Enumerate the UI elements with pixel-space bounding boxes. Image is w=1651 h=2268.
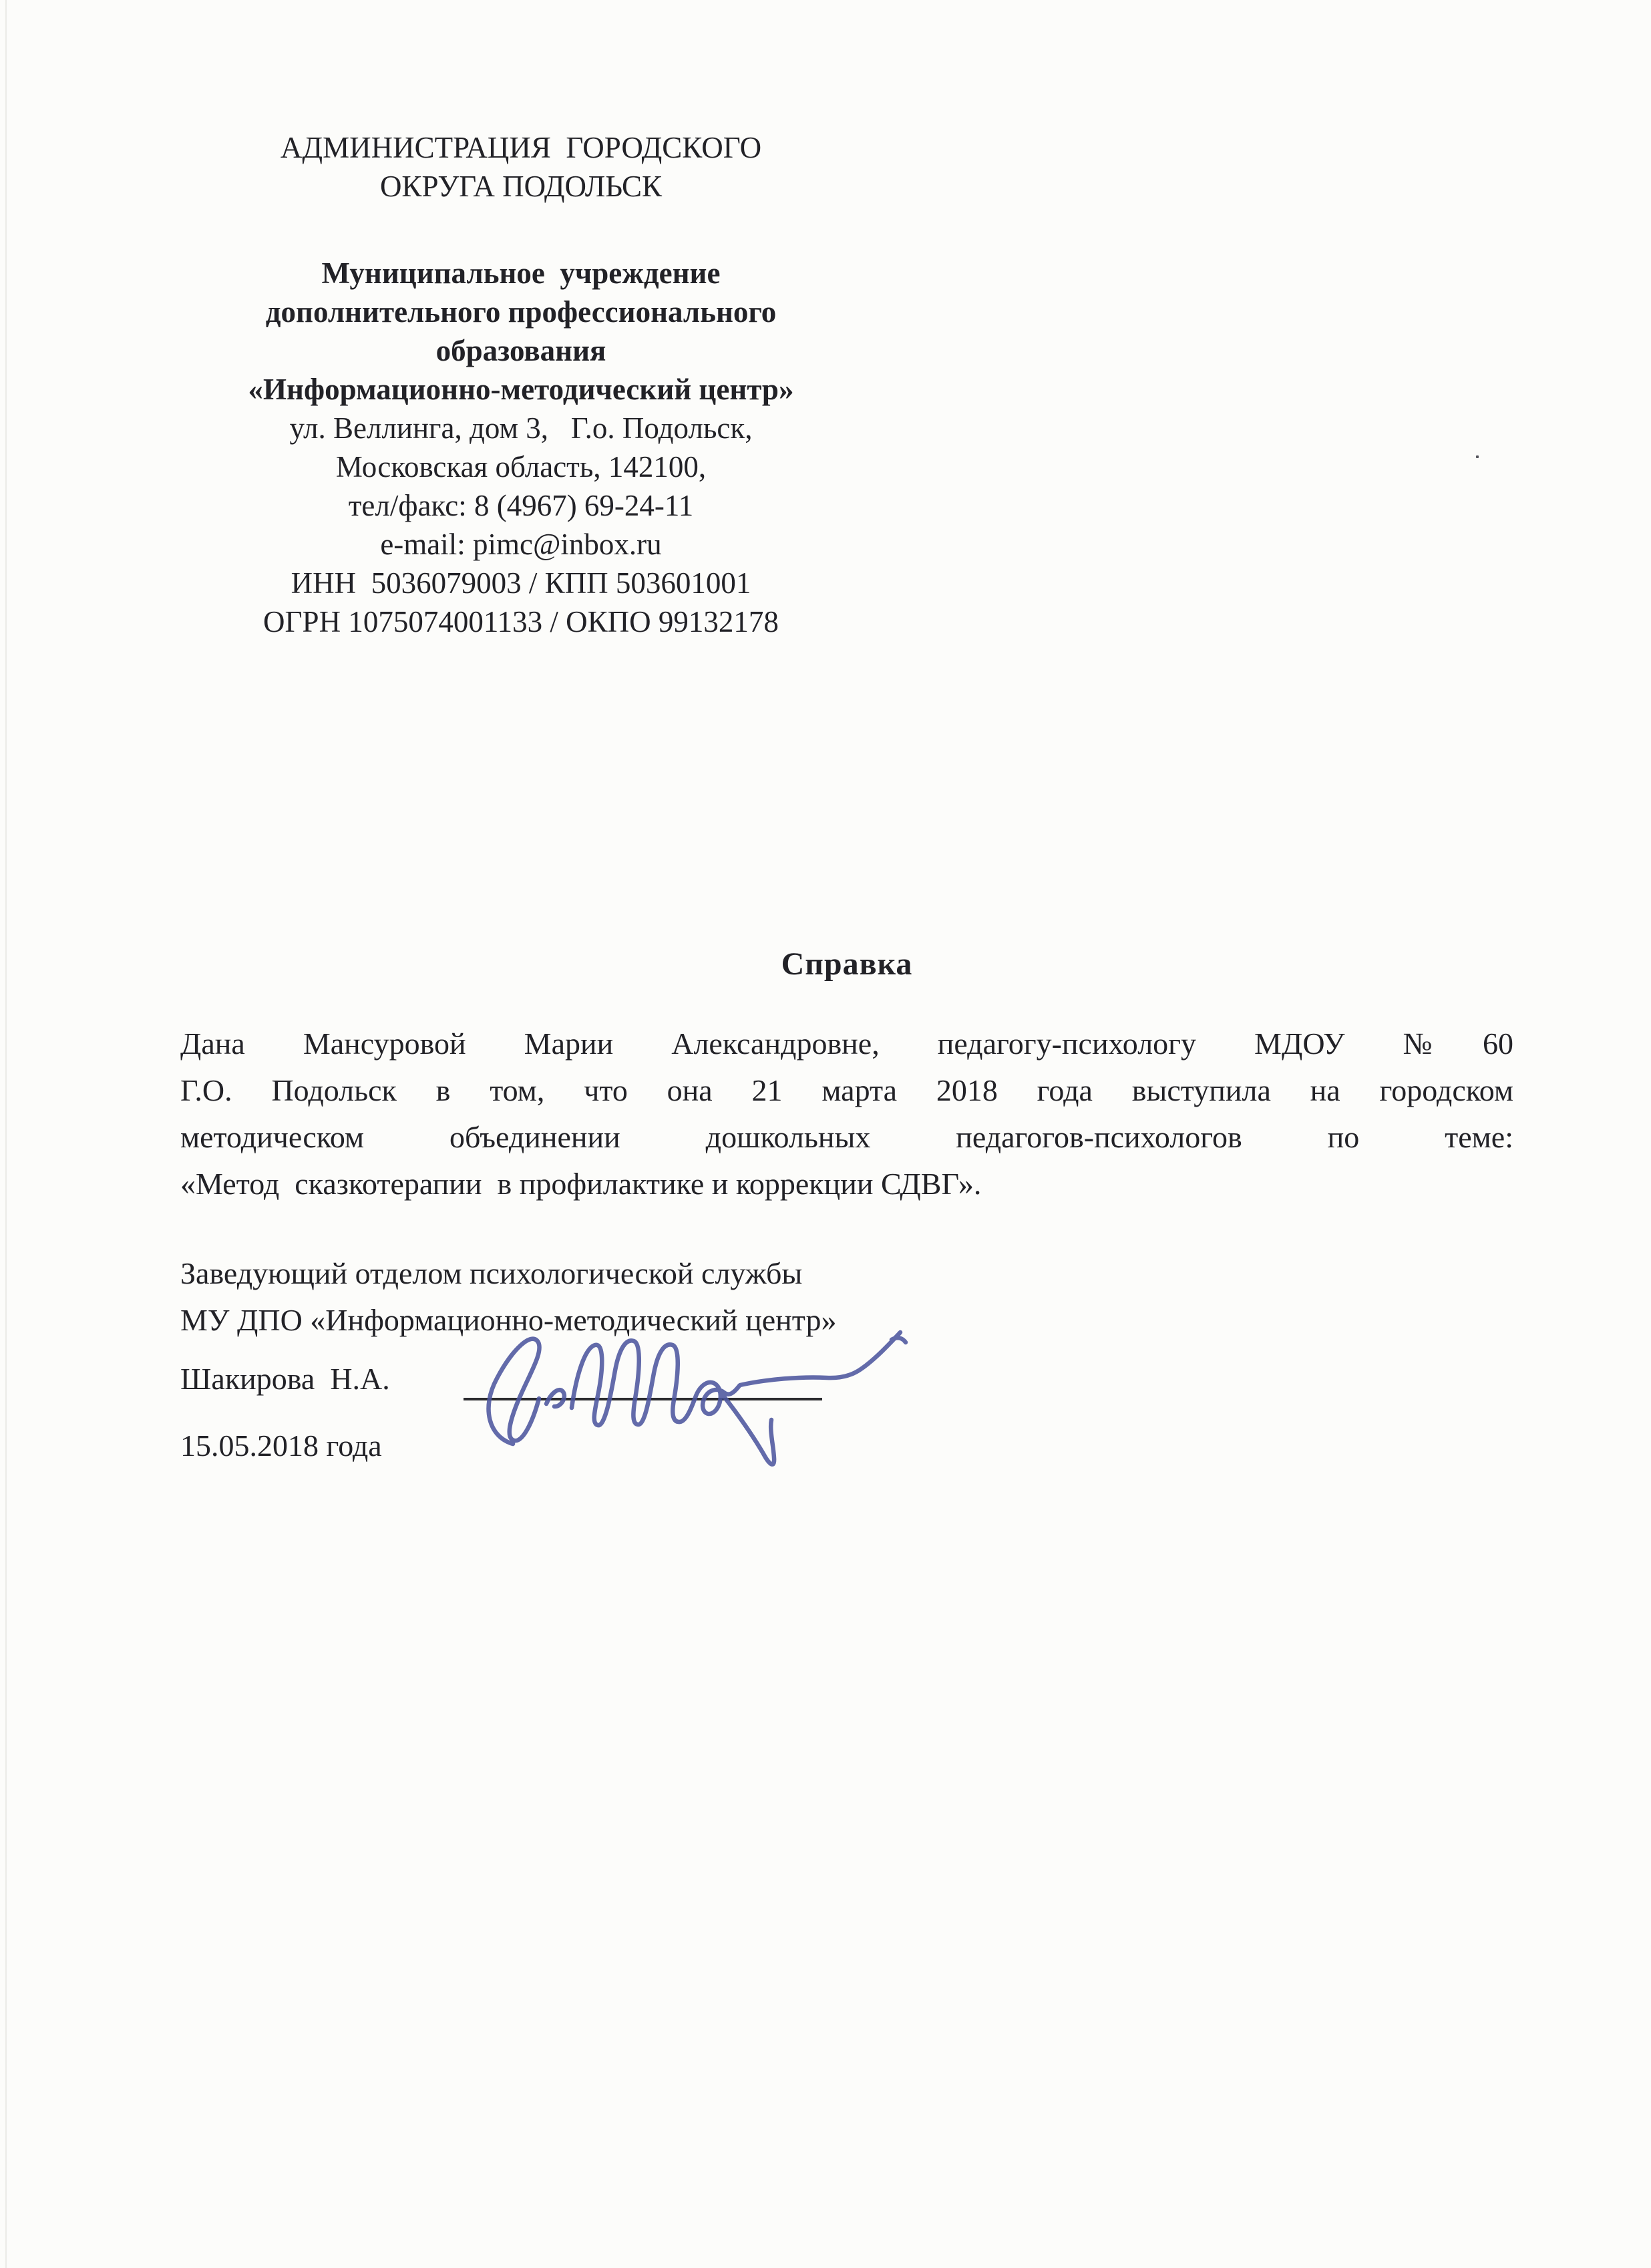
body-line: Г.О. Подольск в том, что она 21 марта 20… xyxy=(180,1067,1513,1114)
signer-role-line-1: Заведующий отделом психологической служб… xyxy=(180,1250,1316,1297)
administration-line-1: АДМИНИСТРАЦИЯ ГОРОДСКОГО xyxy=(200,128,842,167)
body-line: Дана Мансуровой Марии Александровне, пед… xyxy=(180,1020,1513,1067)
handwritten-signature-icon xyxy=(454,1313,922,1473)
scan-edge-artifact xyxy=(5,0,7,2268)
address-line-2: Московская область, 142100, xyxy=(200,447,842,486)
letterhead-gap xyxy=(200,206,842,254)
ogrn-okpo-line: ОГРН 1075074001133 / ОКПО 99132178 xyxy=(200,602,842,641)
letterhead: АДМИНИСТРАЦИЯ ГОРОДСКОГО ОКРУГА ПОДОЛЬСК… xyxy=(200,128,842,641)
document-body: Дана Мансуровой Марии Александровне, пед… xyxy=(180,1020,1513,1207)
scan-speck xyxy=(1476,455,1479,458)
inn-kpp-line: ИНН 5036079003 / КПП 503601001 xyxy=(200,564,842,602)
document-page: АДМИНИСТРАЦИЯ ГОРОДСКОГО ОКРУГА ПОДОЛЬСК… xyxy=(0,0,1651,2268)
body-line: «Метод сказкотерапии в профилактике и ко… xyxy=(180,1161,1513,1207)
institution-line-2: дополнительного профессионального xyxy=(200,293,842,331)
center-name: «Информационно-методический центр» xyxy=(200,370,842,409)
email-line: e-mail: pimc@inbox.ru xyxy=(200,525,842,564)
phone-fax-line: тел/факс: 8 (4967) 69-24-11 xyxy=(200,486,842,525)
address-line-1: ул. Веллинга, дом 3, Г.о. Подольск, xyxy=(200,409,842,447)
institution-line-3: образования xyxy=(200,331,842,370)
institution-line-1: Муниципальное учреждение xyxy=(200,254,842,293)
document-title: Справка xyxy=(180,946,1513,982)
administration-line-2: ОКРУГА ПОДОЛЬСК xyxy=(200,167,842,206)
body-line: методическом объединении дошкольных педа… xyxy=(180,1114,1513,1161)
